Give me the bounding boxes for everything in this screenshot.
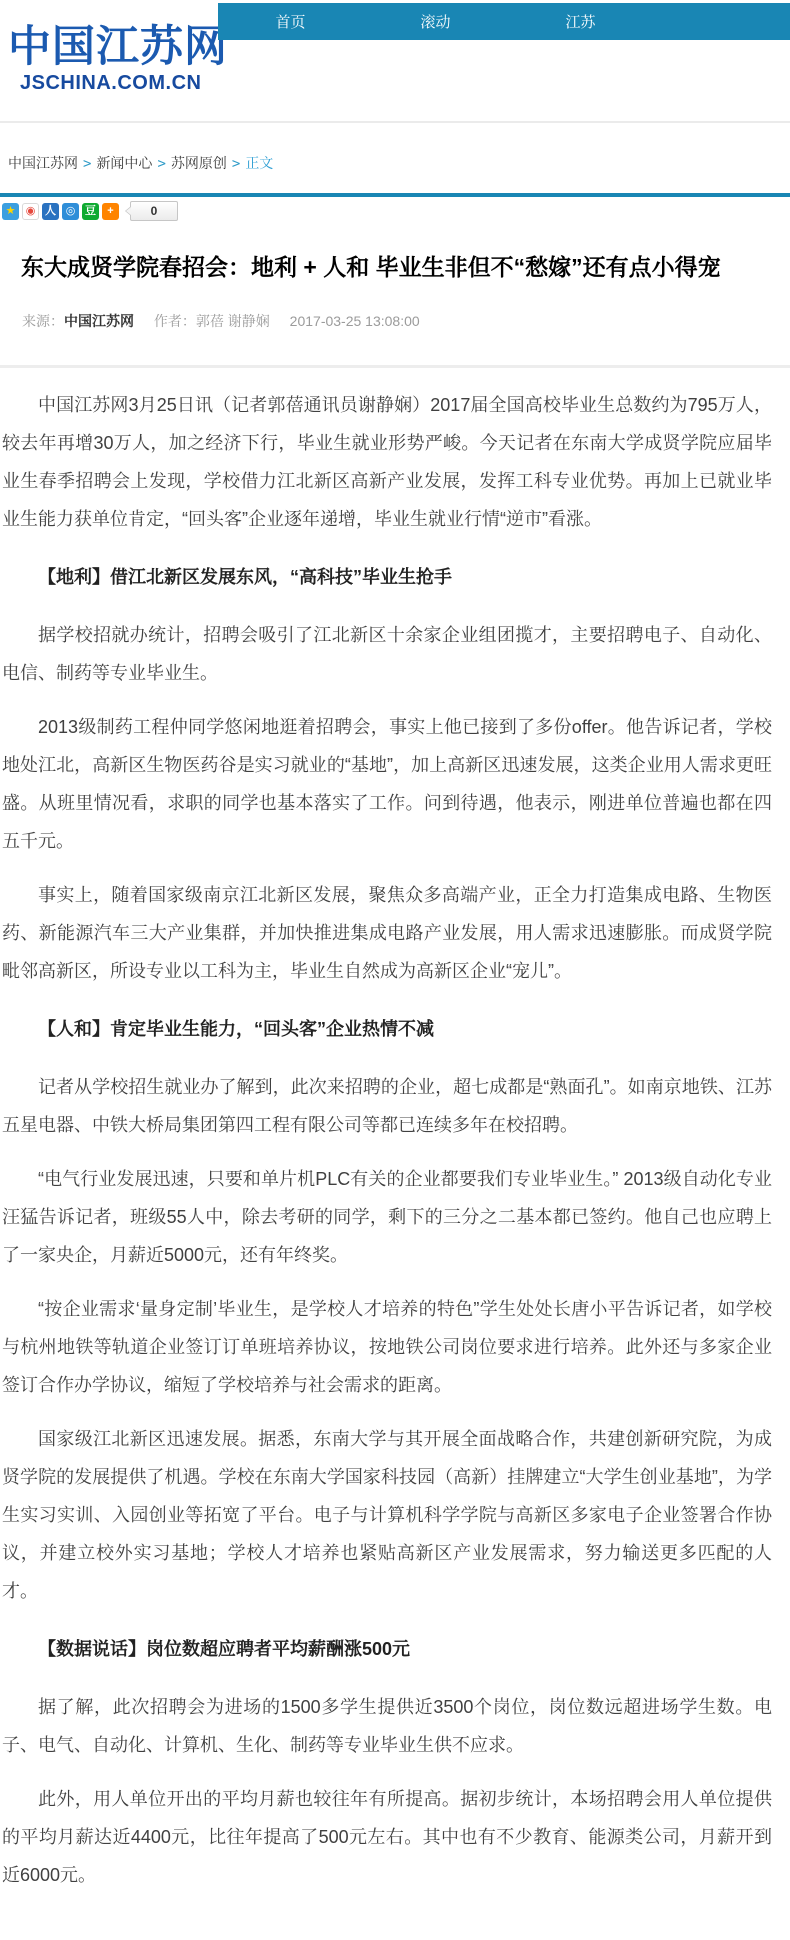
breadcrumb-item-2[interactable]: 新闻中心 (96, 155, 152, 171)
article-title: 东大成贤学院春招会：地利 + 人和 毕业生非但不“愁嫁”还有点小得宠 (0, 252, 790, 283)
nav-item-3[interactable]: 江苏 (508, 11, 653, 32)
section-heading: 【数据说话】岗位数超应聘者平均薪酬涨500元 (2, 1630, 772, 1668)
article-paragraph: 据学校招就办统计，招聘会吸引了江北新区十余家企业组团揽才，主要招聘电子、自动化、… (2, 616, 772, 692)
site-header: 中国江苏网 JSCHINA.COM.CN 首页滚动江苏 (0, 0, 790, 123)
meta-author-value: 郭蓓 谢静娴 (196, 313, 270, 329)
article-paragraph: 记者从学校招生就业办了解到，此次来招聘的企业，超七成都是“熟面孔”。如南京地铁、… (2, 1068, 772, 1144)
meta-source-label: 来源： (22, 313, 64, 329)
nav-item-1[interactable]: 首页 (218, 11, 363, 32)
top-nav: 首页滚动江苏 (218, 3, 790, 40)
share-count-value: 0 (151, 204, 158, 218)
meta-author-label: 作者： (154, 313, 196, 329)
qzone-icon[interactable]: ★ (2, 203, 19, 220)
breadcrumb-item-3[interactable]: 苏网原创 (171, 155, 227, 171)
share-icons-group: ★◉人◎豆+ (2, 203, 122, 220)
article-paragraph: 此外，用人单位开出的平均月薪也较往年有所提高。据初步统计，本场招聘会用人单位提供… (2, 1780, 772, 1894)
breadcrumb-separator: > (232, 156, 240, 172)
article-meta: 来源：中国江苏网 作者：郭蓓 谢静娴 2017-03-25 13:08:00 (22, 311, 790, 331)
section-heading: 【地利】借江北新区发展东风，“高科技”毕业生抢手 (2, 558, 772, 596)
article-paragraph: 中国江苏网3月25日讯（记者郭蓓通讯员谢静娴）2017届全国高校毕业生总数约为7… (2, 386, 772, 538)
article-paragraph: 2013级制药工程仲同学悠闲地逛着招聘会，事实上他已接到了多份offer。他告诉… (2, 708, 772, 860)
meta-source: 来源：中国江苏网 (22, 313, 134, 329)
article-body: 中国江苏网3月25日讯（记者郭蓓通讯员谢静娴）2017届全国高校毕业生总数约为7… (0, 368, 790, 1940)
article-paragraph: 据了解，此次招聘会为进场的1500多学生提供近3500个岗位，岗位数远超进场学生… (2, 1688, 772, 1764)
nav-item-2[interactable]: 滚动 (363, 11, 508, 32)
site-logo[interactable]: 中国江苏网 JSCHINA.COM.CN (8, 26, 228, 93)
article-paragraph: 国家级江北新区迅速发展。据悉，东南大学与其开展全面战略合作，共建创新研究院，为成… (2, 1420, 772, 1610)
renren-icon[interactable]: 人 (42, 203, 59, 220)
share-count-bubble[interactable]: 0 (130, 201, 178, 221)
douban-icon[interactable]: 豆 (82, 203, 99, 220)
article-paragraph: 事实上，随着国家级南京江北新区发展，聚焦众多高端产业，正全力打造集成电路、生物医… (2, 876, 772, 990)
share-more-icon[interactable]: + (102, 203, 119, 220)
breadcrumb-separator: > (157, 156, 165, 172)
sina-weibo-icon[interactable]: ◉ (22, 203, 39, 220)
breadcrumb-item-4: 正文 (245, 155, 273, 171)
section-heading: 【人和】肯定毕业生能力，“回头客”企业热情不减 (2, 1010, 772, 1048)
article-paragraph: “电气行业发展迅速，只要和单片机PLC有关的企业都要我们专业毕业生。” 2013… (2, 1160, 772, 1274)
share-toolbar: ★◉人◎豆+ 0 (0, 197, 790, 222)
meta-author: 作者：郭蓓 谢静娴 (154, 313, 270, 329)
site-logo-text: 中国江苏网 (8, 26, 228, 69)
site-logo-domain: JSCHINA.COM.CN (8, 73, 228, 93)
meta-source-value: 中国江苏网 (64, 313, 134, 329)
article-paragraph: “按企业需求‘量身定制’毕业生，是学校人才培养的特色”学生处处长唐小平告诉记者，… (2, 1290, 772, 1404)
breadcrumb: 中国江苏网>新闻中心>苏网原创>正文 (8, 153, 790, 173)
breadcrumb-item-1[interactable]: 中国江苏网 (8, 155, 78, 171)
share-count-notch (125, 206, 131, 216)
tencent-weibo-icon[interactable]: ◎ (62, 203, 79, 220)
meta-datetime: 2017-03-25 13:08:00 (290, 313, 420, 329)
breadcrumb-separator: > (83, 156, 91, 172)
